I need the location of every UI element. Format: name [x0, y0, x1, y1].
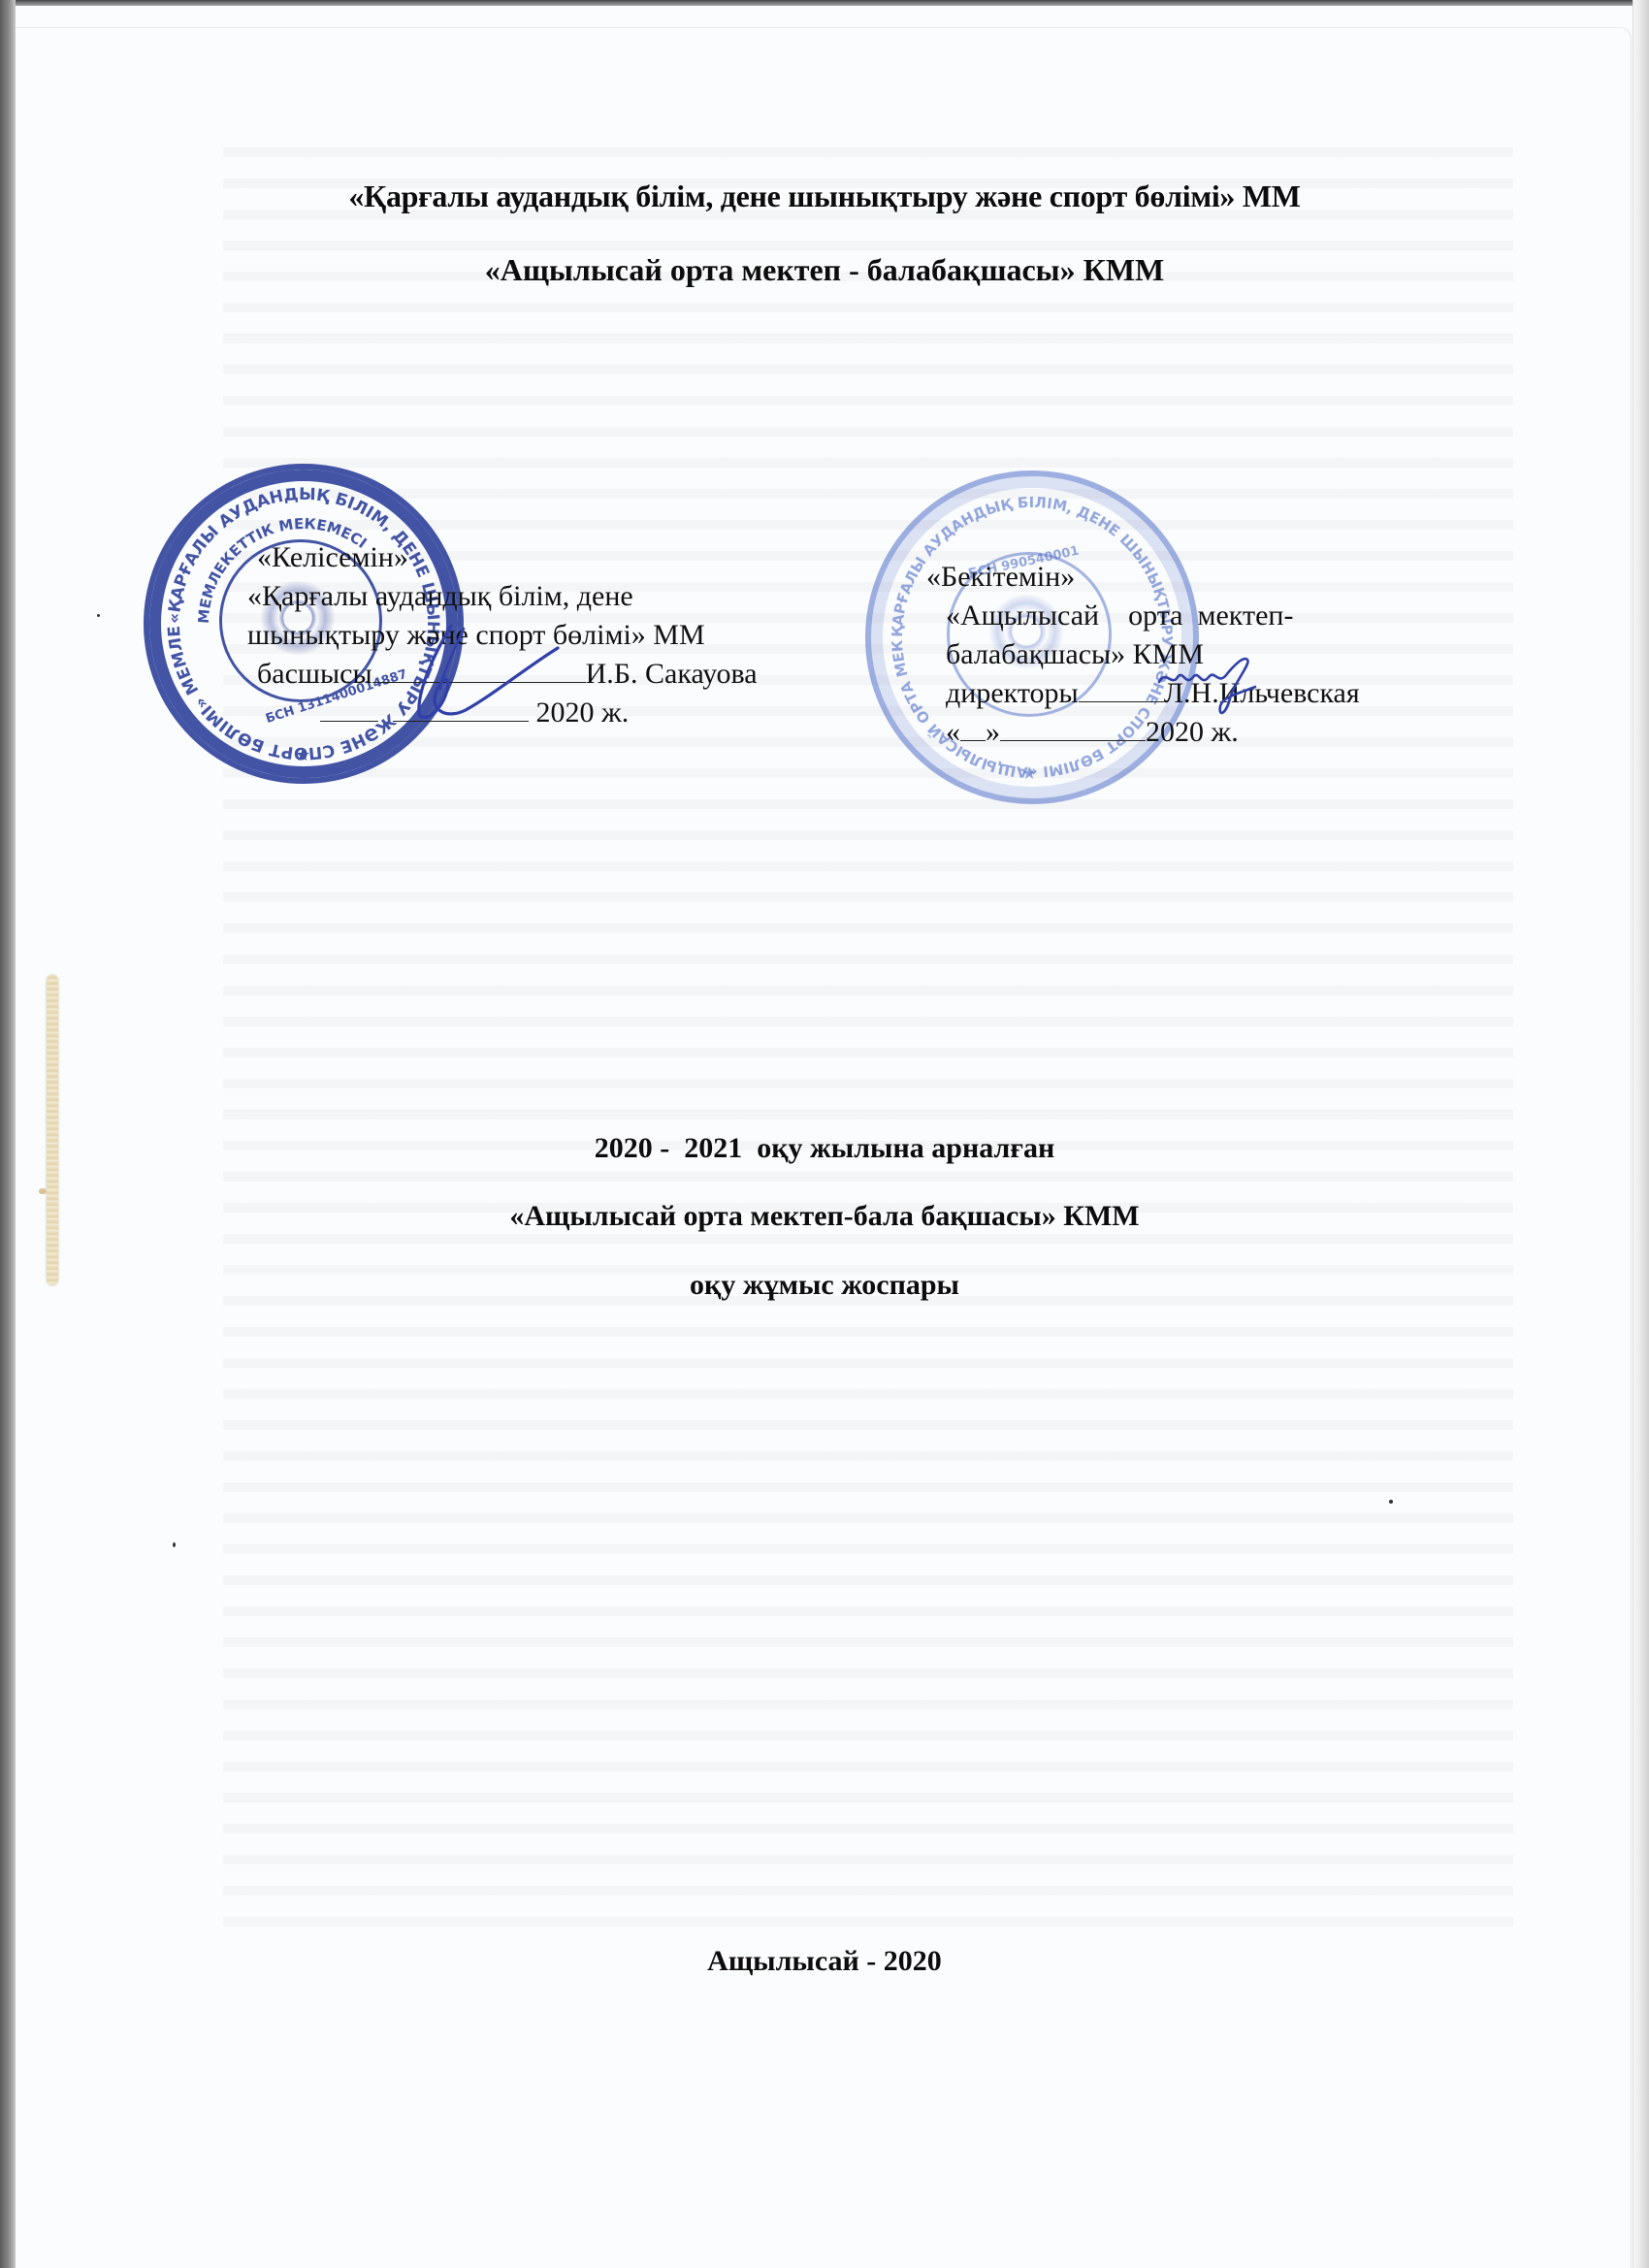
date-month-blank	[393, 720, 529, 722]
signature-blank	[1079, 700, 1164, 702]
approval-date-line: «»2020 ж.	[926, 713, 1528, 752]
date-month-blank	[1000, 739, 1146, 741]
approval-date: 2020 ж.	[1146, 716, 1239, 748]
plan-title-school: «Ащылысай орта мектеп-бала бақшасы» КММ	[0, 1200, 1649, 1233]
date-day-blank	[960, 739, 986, 741]
place-and-year: Ащылысай - 2020	[0, 1945, 1649, 1978]
scan-edge-top	[0, 0, 1649, 6]
approval-signature-line: директорыЛ.Н.Ильчевская	[926, 674, 1528, 713]
plan-title-name: оқу жұмыс жоспары	[0, 1269, 1649, 1302]
approval-heading: «Бекітемін»	[926, 558, 1528, 597]
date-day-blank	[320, 720, 378, 722]
approval-role: басшысы	[257, 658, 372, 690]
scan-speck	[97, 614, 100, 617]
scan-speck	[1389, 1500, 1393, 1504]
header-department: «Қарғалы аудандық білім, дене шынықтыру …	[0, 178, 1649, 214]
plan-title-year: 2020 - 2021 оқу жылына арналған	[0, 1132, 1649, 1165]
approval-block-approved: «Бекітемін» «Ащылысай орта мектеп- балаб…	[926, 558, 1528, 752]
approval-block-agreed: «Келісемін» «Қарғалы аудандық білім, ден…	[228, 538, 849, 732]
date-open-quote: «	[946, 716, 960, 748]
binding-thread	[47, 975, 58, 1285]
approval-org-line2: шынықтыру және спорт бөлімі» ММ	[228, 616, 849, 655]
scan-speck	[173, 1542, 176, 1547]
approval-role: директоры	[946, 677, 1079, 709]
approval-org-line2: балабақшасы» КММ	[926, 635, 1528, 674]
approval-heading: «Келісемін»	[228, 538, 849, 577]
approval-signature-line: басшысыИ.Б. Сакауова	[228, 655, 849, 694]
approval-date-line: 2020 ж.	[228, 694, 849, 732]
approval-org-line1: «Қарғалы аудандық білім, дене	[228, 577, 849, 616]
signature-blank	[372, 681, 586, 683]
approval-org-line1: «Ащылысай орта мектеп-	[926, 597, 1528, 635]
date-close-quote: »	[986, 716, 1000, 748]
header-school: «Ащылысай орта мектеп - балабақшасы» КММ	[0, 252, 1649, 288]
approval-date: 2020 ж.	[536, 697, 630, 729]
approval-name: Л.Н.Ильчевская	[1164, 677, 1360, 709]
approval-name: И.Б. Сакауова	[586, 658, 758, 690]
